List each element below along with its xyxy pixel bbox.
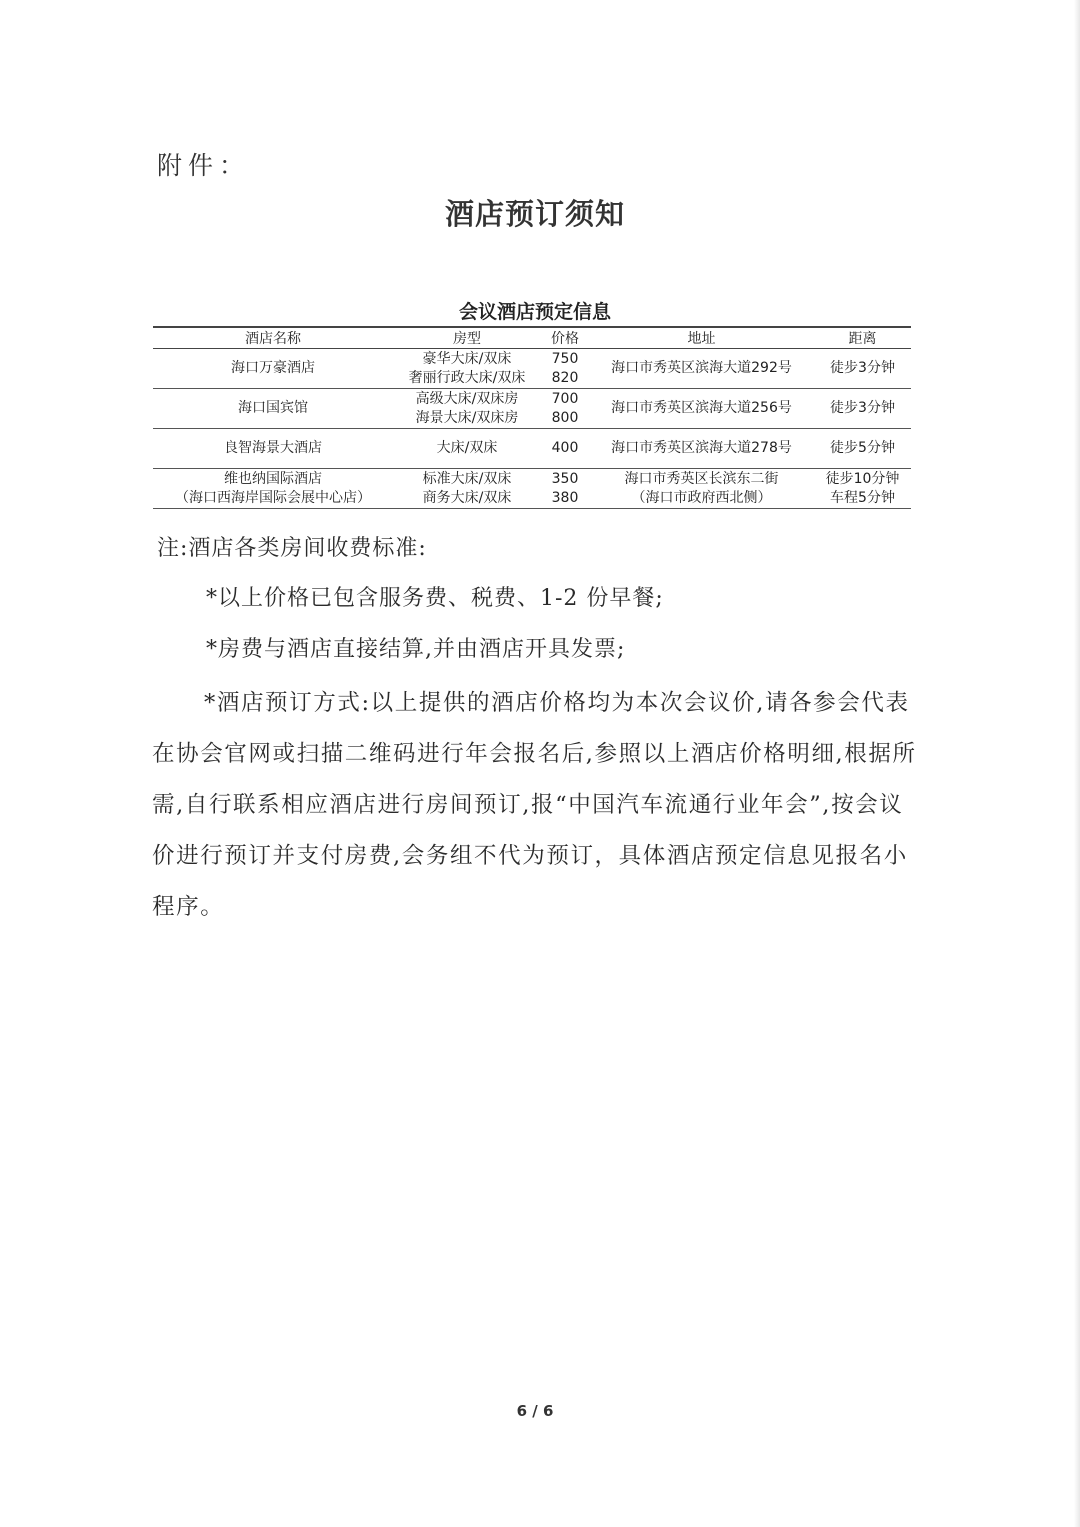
- table-row: 海口国宾馆 高级大床/双床房海景大床/双床房 700800 海口市秀英区滨海大道…: [153, 389, 911, 429]
- hotel-name: 海口国宾馆: [153, 389, 393, 429]
- address: 海口市秀英区滨海大道292号: [589, 349, 814, 389]
- table-caption: 会议酒店预定信息: [0, 297, 1070, 324]
- room-types: 豪华大床/双床奢丽行政大床/双床: [393, 349, 541, 389]
- table-row: 良智海景大酒店 大床/双床 400 海口市秀英区滨海大道278号 徒步5分钟: [153, 429, 911, 469]
- address: 海口市秀英区滨海大道278号: [589, 429, 814, 469]
- prices: 350380: [541, 469, 589, 509]
- page-title: 酒店预订须知: [0, 192, 1070, 233]
- hotel-name: 维也纳国际酒店（海口西海岸国际会展中心店）: [153, 469, 393, 509]
- hotel-table: 酒店名称 房型 价格 地址 距离 海口万豪酒店 豪华大床/双床奢丽行政大床/双床…: [153, 326, 911, 509]
- distance: 徒步3分钟: [814, 389, 911, 429]
- room-types: 高级大床/双床房海景大床/双床房: [393, 389, 541, 429]
- note-item-1: *以上价格已包含服务费、税费、1-2 份早餐;: [206, 581, 664, 612]
- address: 海口市秀英区滨海大道256号: [589, 389, 814, 429]
- header-room-type: 房型: [393, 327, 541, 349]
- page-number: 6 / 6: [0, 1402, 1070, 1420]
- attachment-label: 附件：: [157, 146, 250, 182]
- header-hotel-name: 酒店名称: [153, 327, 393, 349]
- notes-heading: 注:酒店各类房间收费标准:: [157, 531, 427, 562]
- distance: 徒步5分钟: [814, 429, 911, 469]
- distance: 徒步3分钟: [814, 349, 911, 389]
- note-item-2: *房费与酒店直接结算,并由酒店开具发票;: [206, 632, 625, 663]
- table-row: 海口万豪酒店 豪华大床/双床奢丽行政大床/双床 750820 海口市秀英区滨海大…: [153, 349, 911, 389]
- room-types: 大床/双床: [393, 429, 541, 469]
- room-types: 标准大床/双床商务大床/双床: [393, 469, 541, 509]
- header-price: 价格: [541, 327, 589, 349]
- distance: 徒步10分钟车程5分钟: [814, 469, 911, 509]
- hotel-name: 良智海景大酒店: [153, 429, 393, 469]
- prices: 750820: [541, 349, 589, 389]
- hotel-name: 海口万豪酒店: [153, 349, 393, 389]
- address: 海口市秀英区长滨东二街（海口市政府西北侧）: [589, 469, 814, 509]
- prices: 700800: [541, 389, 589, 429]
- header-address: 地址: [589, 327, 814, 349]
- header-distance: 距离: [814, 327, 911, 349]
- scan-edge: [1074, 0, 1080, 1527]
- prices: 400: [541, 429, 589, 469]
- table-header-row: 酒店名称 房型 价格 地址 距离: [153, 327, 911, 349]
- table-row: 维也纳国际酒店（海口西海岸国际会展中心店） 标准大床/双床商务大床/双床 350…: [153, 469, 911, 509]
- note-item-3: *酒店预订方式:以上提供的酒店价格均为本次会议价,请各参会代表在协会官网或扫描二…: [152, 678, 922, 933]
